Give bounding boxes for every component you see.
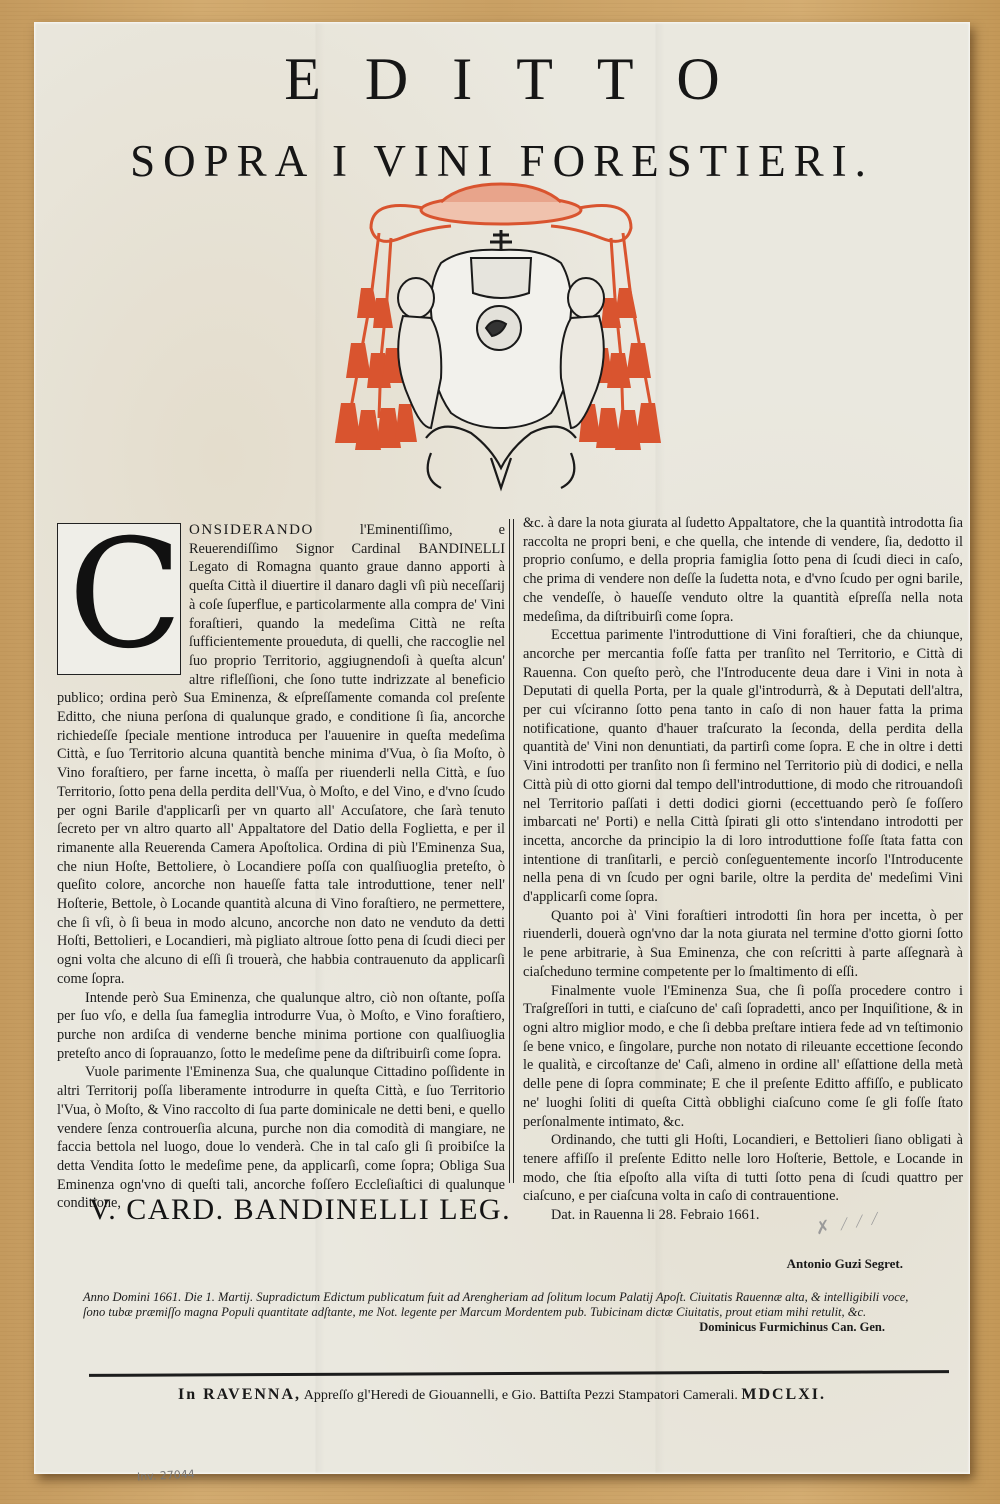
date-line: Dat. in Rauenna li 28. Febraio 1661. bbox=[523, 1206, 963, 1225]
right-column: &c. à dare la nota giurata al ſudetto Ap… bbox=[523, 514, 963, 1225]
paragraph-intende: Intende però Sua Eminenza, che qualunque… bbox=[57, 989, 505, 1064]
paragraph-quanto: Quanto poi à' Vini foraſtieri introdotti… bbox=[523, 907, 963, 982]
cardinal-signature: V. CARD. BANDINELLI LEG. bbox=[89, 1193, 511, 1227]
imprint-year: MDCLXI. bbox=[741, 1386, 826, 1403]
left-column: C ONSIDERANDO l'Eminentiſſimo, e Reueren… bbox=[57, 521, 505, 1213]
inventory-number: Inv. 27044 bbox=[137, 1467, 195, 1483]
imprint-printers: Appreſſo gl'Heredi de Giouannelli, e Gio… bbox=[304, 1388, 738, 1403]
paragraph-eccettua: Eccettua parimente l'introduttione di Vi… bbox=[523, 626, 963, 907]
column-divider bbox=[509, 519, 514, 1183]
horizontal-rule bbox=[89, 1370, 949, 1377]
drop-cap-letter: C bbox=[68, 520, 183, 670]
paragraph-nota-giurata: &c. à dare la nota giurata al ſudetto Ap… bbox=[523, 514, 963, 626]
notary-attestation: Anno Domini 1661. Die 1. Martij. Supradi… bbox=[83, 1290, 923, 1320]
lead-word: ONSIDERANDO bbox=[189, 522, 314, 538]
secretary-signature: Antonio Guzi Segret. bbox=[787, 1256, 903, 1272]
paragraph-ordinando: Ordinando, che tutti gli Hoſti, Locandie… bbox=[523, 1131, 963, 1206]
cardinal-coat-of-arms-icon bbox=[331, 178, 671, 503]
notary-signatory: Dominicus Furmichinus Can. Gen. bbox=[699, 1320, 885, 1335]
imprint-city: In RAVENNA, bbox=[178, 1386, 301, 1403]
notary-text: Anno Domini 1661. Die 1. Martij. Supradi… bbox=[83, 1290, 908, 1319]
decorated-initial: C bbox=[57, 523, 181, 675]
paragraph-finalmente: Finalmente vuole l'Eminenza Sua, che ſi … bbox=[523, 982, 963, 1132]
edict-document: EDITTO SOPRA I VINI FORESTIERI. bbox=[34, 22, 970, 1474]
printer-imprint: In RAVENNA, Appreſſo gl'Heredi de Giouan… bbox=[35, 1386, 969, 1404]
paragraph-vuole: Vuole parimente l'Eminenza Sua, che qual… bbox=[57, 1063, 505, 1213]
document-title: EDITTO bbox=[35, 45, 969, 114]
